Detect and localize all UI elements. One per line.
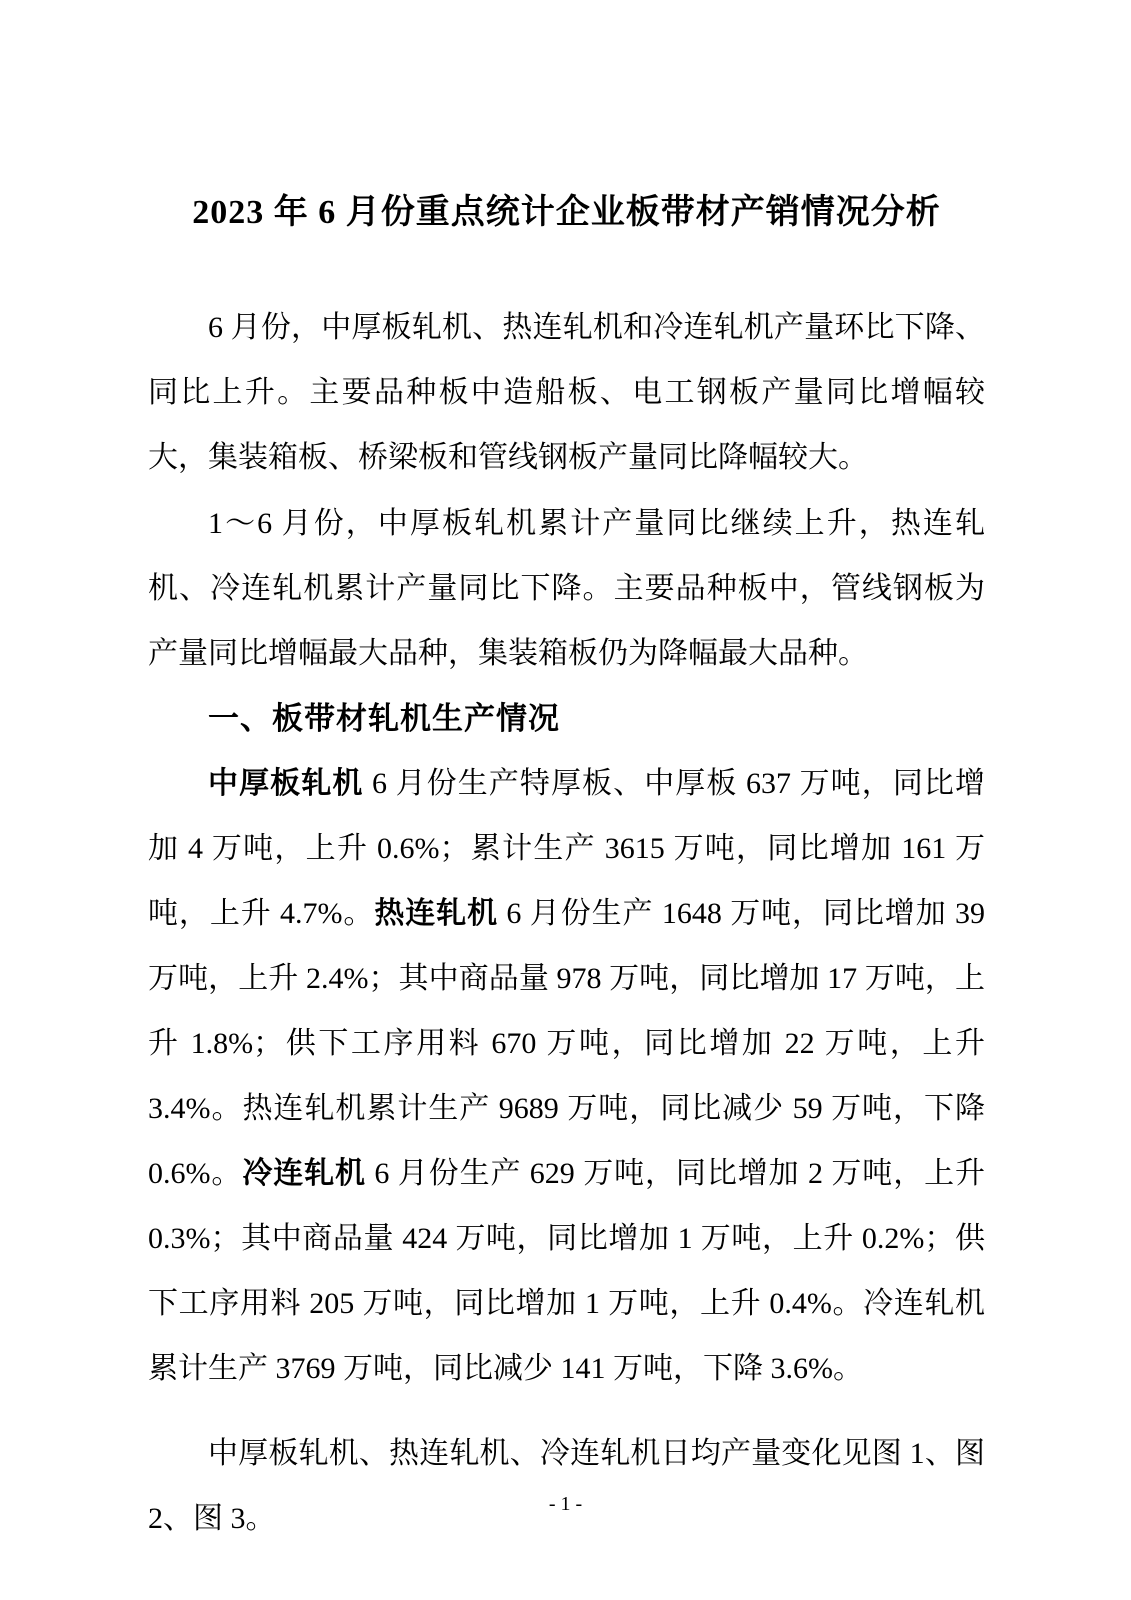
- document-title: 2023 年 6 月份重点统计企业板带材产销情况分析: [148, 188, 985, 238]
- paragraph-mill-production-detail: 中厚板轧机 6 月份生产特厚板、中厚板 637 万吨，同比增加 4 万吨，上升 …: [148, 751, 985, 1401]
- document-title-text: 2023 年 6 月份重点统计企业板带材产销情况分析: [192, 194, 941, 231]
- run-cold-strip-detail: 6 月份生产 629 万吨，同比增加 2 万吨，上升 0.3%；其中商品量 42…: [148, 1157, 985, 1385]
- page-number: - 1 -: [0, 1492, 1131, 1516]
- run-hot-strip-detail: 6 月份生产 1648 万吨，同比增加 39 万吨，上升 2.4%；其中商品量 …: [148, 897, 985, 1190]
- paragraph-figure-reference: 中厚板轧机、热连轧机、冷连轧机日均产量变化见图 1、图 2、图 3。: [148, 1421, 985, 1551]
- paragraph-cumulative-overview: 1～6 月份，中厚板轧机累计产量同比继续上升，热连轧机、冷连轧机累计产量同比下降…: [148, 491, 985, 686]
- document-page: 2023 年 6 月份重点统计企业板带材产销情况分析 6 月份，中厚板轧机、热连…: [0, 0, 1131, 1600]
- run-cold-strip-mill: 冷连轧机: [242, 1157, 366, 1190]
- section-heading-production: 一、板带材轧机生产情况: [148, 686, 985, 751]
- run-medium-plate-mill: 中厚板轧机: [208, 767, 363, 800]
- run-hot-strip-mill: 热连轧机: [374, 897, 498, 930]
- paragraph-monthly-overview: 6 月份，中厚板轧机、热连轧机和冷连轧机产量环比下降、同比上升。主要品种板中造船…: [148, 295, 985, 490]
